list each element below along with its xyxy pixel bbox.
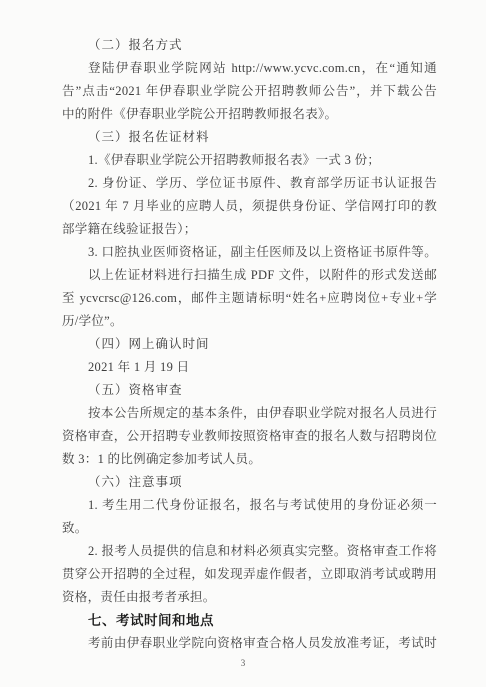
text-line: 告”点击“2021 年伊春职业学院公开招聘教师公告”，并下载公告 [62, 80, 437, 103]
subsection-heading-notes: （六）注意事项 [62, 471, 437, 494]
text-line: 登陆伊春职业学院网站 http://www.ycvc.com.cn，在“通知通 [62, 57, 437, 80]
text-line: 按本公告所规定的基本条件，由伊春职业学院对报名人员进行 [62, 402, 437, 425]
list-item: 2. 报考人员提供的信息和材料必须真实完整。资格审查工作将 [62, 540, 437, 563]
text-line: 以上佐证材料进行扫描生成 PDF 文件，以附件的形式发送邮件 [62, 264, 437, 287]
subsection-heading-qualification-review: （五）资格审查 [62, 379, 437, 402]
text-line: 历/学位”。 [62, 310, 437, 333]
document-text: （二）报名方式 登陆伊春职业学院网站 http://www.ycvc.com.c… [62, 34, 437, 655]
subsection-heading-online-confirmation-time: （四）网上确认时间 [62, 333, 437, 356]
section-heading-exam-time-place: 七、考试时间和地点 [62, 609, 437, 632]
text-line: 部学籍在线验证报告）； [62, 218, 437, 241]
text-line: 资格审查，公开招聘专业教师按照资格审查的报名人数与招聘岗位 [62, 425, 437, 448]
text-line: 数 3：1 的比例确定参加考试人员。 [62, 448, 437, 471]
text-line-email: 至 ycvcrsc@126.com，邮件主题请标明“姓名+应聘岗位+专业+学 [62, 287, 437, 310]
subsection-heading-registration-method: （二）报名方式 [62, 34, 437, 57]
list-item: 1.《伊春职业学院公开招聘教师报名表》一式 3 份； [62, 149, 437, 172]
subsection-heading-supporting-materials: （三）报名佐证材料 [62, 126, 437, 149]
text-line: 贯穿公开招聘的全过程，如发现弄虚作假者，立即取消考试或聘用 [62, 563, 437, 586]
list-item: 3. 口腔执业医师资格证，副主任医师及以上资格证书原件等。 [62, 241, 437, 264]
text-line: 中的附件《伊春职业学院公开招聘教师报名表》。 [62, 103, 437, 126]
text-line: 考前由伊春职业学院向资格审查合格人员发放准考证，考试时 [62, 632, 437, 655]
confirmation-date: 2021 年 1 月 19 日 [62, 356, 437, 379]
text-line: （2021 年 7 月毕业的应聘人员，须提供身份证、学信网打印的教育 [62, 195, 437, 218]
text-line: 资格，责任由报考者承担。 [62, 586, 437, 609]
list-item: 1. 考生用二代身份证报名，报名与考试使用的身份证必须一 [62, 494, 437, 517]
text-line: 致。 [62, 517, 437, 540]
document-page: （二）报名方式 登陆伊春职业学院网站 http://www.ycvc.com.c… [0, 0, 486, 687]
list-item: 2. 身份证、学历、学位证书原件、教育部学历证书认证报告 [62, 172, 437, 195]
page-number: 3 [0, 657, 486, 669]
